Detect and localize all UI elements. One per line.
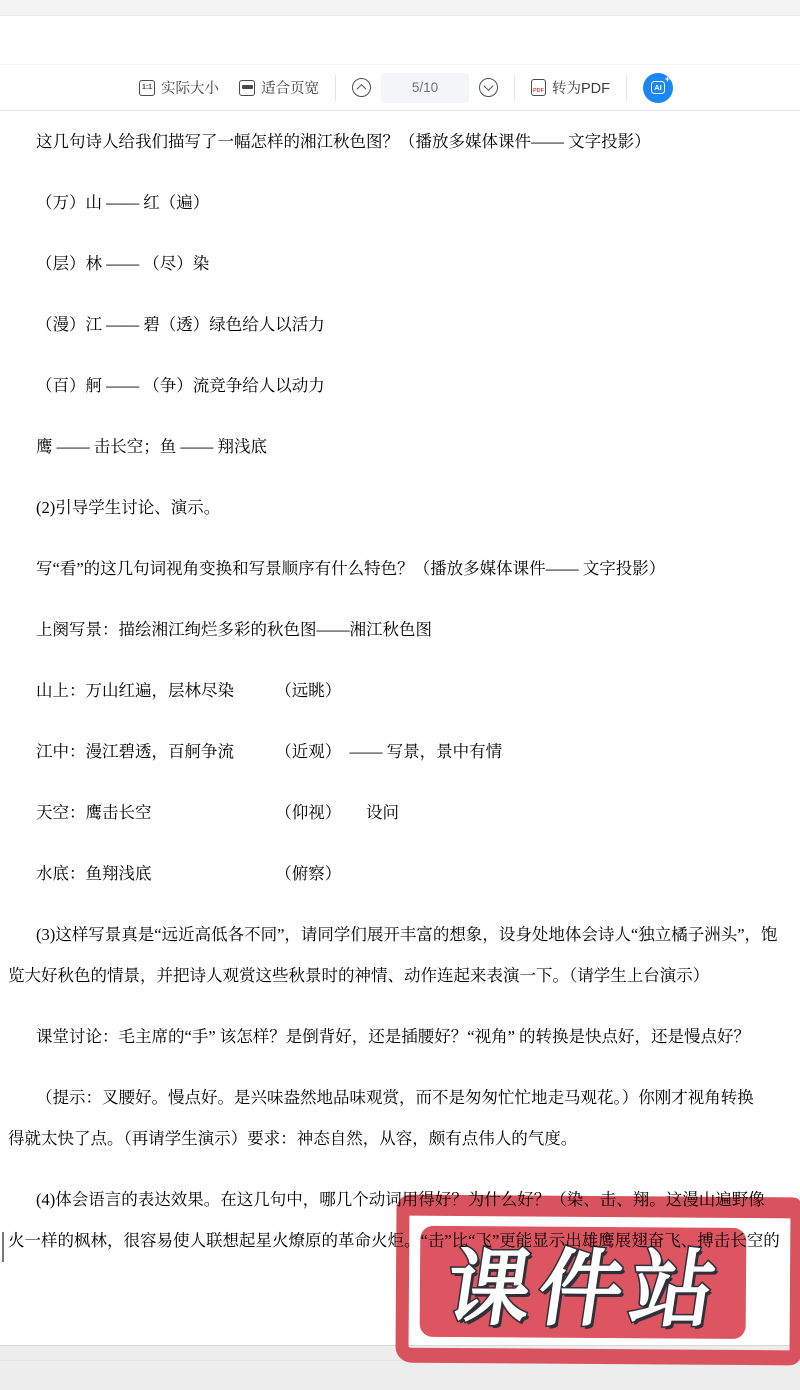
ai-icon: AI (651, 81, 665, 94)
toolbar-divider (514, 75, 515, 101)
previous-page-button[interactable] (352, 78, 371, 97)
doc-paragraph: 这几句诗人给我们描写了一幅怎样的湘江秋色图？（播放多媒体课件—— 文字投影） (8, 121, 792, 162)
doc-paragraph: (2)引导学生讨论、演示。 (8, 487, 792, 528)
doc-paragraph: 江中：漫江碧透，百舸争流 （近观） —— 写景，景中有情 (8, 731, 792, 772)
fit-width-button[interactable]: 适合页宽 (239, 77, 319, 98)
doc-line: 火一样的枫林，很容易使人联想起星火燎原的革命火炬。“击”比“飞”更能显示出雄鹰展… (8, 1220, 792, 1261)
doc-line: （万）山 —— 红（遍） (8, 182, 792, 223)
doc-line: 水底：鱼翔浅底 （俯察） (8, 853, 792, 894)
doc-line: （漫）江 —— 碧（透）绿色给人以活力 (8, 304, 792, 345)
doc-line: 课堂讨论：毛主席的“手” 该怎样？是倒背好，还是插腰好？“视角” 的转换是快点好… (8, 1016, 792, 1057)
chevron-up-icon (357, 84, 367, 94)
doc-line: 这几句诗人给我们描写了一幅怎样的湘江秋色图？（播放多媒体课件—— 文字投影） (8, 121, 792, 162)
doc-paragraph: （万）山 —— 红（遍） (8, 182, 792, 223)
doc-paragraph: 天空：鹰击长空 （仰视） 设问 (8, 792, 792, 833)
doc-paragraph: （漫）江 —— 碧（透）绿色给人以活力 (8, 304, 792, 345)
doc-paragraph: 鹰 —— 击长空；鱼 —— 翔浅底 (8, 426, 792, 467)
doc-line: 鹰 —— 击长空；鱼 —— 翔浅底 (8, 426, 792, 467)
actual-size-button[interactable]: 1:1 实际大小 (139, 77, 219, 98)
doc-line: 上阕写景：描绘湘江绚烂多彩的秋色图——湘江秋色图 (8, 609, 792, 650)
chevron-down-icon (484, 81, 494, 91)
doc-line: 山上：万山红遍，层林尽染 （远眺） (8, 670, 792, 711)
doc-line: 江中：漫江碧透，百舸争流 （近观） —— 写景，景中有情 (8, 731, 792, 772)
actual-size-icon: 1:1 (139, 80, 155, 96)
doc-line: 得就太快了点。（再请学生演示）要求：神态自然，从容，颇有点伟人的气度。 (8, 1118, 792, 1159)
doc-line: （提示：叉腰好。慢点好。是兴味盎然地品味观赏，而不是匆匆忙忙地走马观花。）你刚才… (8, 1077, 792, 1118)
doc-paragraph: （提示：叉腰好。慢点好。是兴味盎然地品味观赏，而不是匆匆忙忙地走马观花。）你刚才… (8, 1077, 792, 1159)
convert-to-pdf-label: 转为PDF (552, 77, 610, 98)
pdf-icon-label: PDF (532, 88, 545, 94)
page-indicator[interactable]: 5/10 (381, 73, 469, 103)
viewer-toolbar: 1:1 实际大小 适合页宽 5/10 PDF 转为PDF AI + (0, 64, 800, 111)
doc-line: 写“看”的这几句词视角变换和写景顺序有什么特色？（播放多媒体课件—— 文字投影） (8, 548, 792, 589)
doc-paragraph: （层）林 —— （尽）染 (8, 243, 792, 284)
doc-paragraph: (3)这样写景真是“远近高低各不同”，请同学们展开丰富的想象，设身处地体会诗人“… (8, 914, 792, 996)
ai-assistant-button[interactable]: AI + (643, 73, 673, 103)
doc-paragraph: （百）舸 —— （争）流竞争给人以动力 (8, 365, 792, 406)
toolbar-divider (626, 75, 627, 101)
doc-paragraph: 写“看”的这几句词视角变换和写景顺序有什么特色？（播放多媒体课件—— 文字投影） (8, 548, 792, 589)
doc-line: （层）林 —— （尽）染 (8, 243, 792, 284)
next-page-button[interactable] (479, 78, 498, 97)
window-top-strip (0, 0, 800, 16)
doc-line: （百）舸 —— （争）流竞争给人以动力 (8, 365, 792, 406)
doc-line: 览大好秋色的情景，并把诗人观赏这些秋景时的神情、动作连起来表演一下。（请学生上台… (8, 955, 792, 996)
toolbar-divider (335, 75, 336, 101)
doc-line: (2)引导学生讨论、演示。 (8, 487, 792, 528)
doc-paragraph: (4)体会语言的表达效果。在这几句中，哪几个动词用得好？为什么好？（染、击、翔。… (8, 1179, 792, 1261)
convert-to-pdf-button[interactable]: PDF 转为PDF (531, 77, 610, 98)
doc-paragraph: 山上：万山红遍，层林尽染 （远眺） (8, 670, 792, 711)
doc-paragraph: 水底：鱼翔浅底 （俯察） (8, 853, 792, 894)
document-text: 这几句诗人给我们描写了一幅怎样的湘江秋色图？（播放多媒体课件—— 文字投影）（万… (0, 112, 800, 1281)
pdf-file-icon: PDF (531, 79, 546, 96)
document-viewer: 1:1 实际大小 适合页宽 5/10 PDF 转为PDF AI + (0, 0, 800, 1390)
doc-line: 天空：鹰击长空 （仰视） 设问 (8, 792, 792, 833)
doc-line: (3)这样写景真是“远近高低各不同”，请同学们展开丰富的想象，设身处地体会诗人“… (8, 914, 792, 955)
ai-plus-icon: + (665, 75, 670, 84)
doc-paragraph: 课堂讨论：毛主席的“手” 该怎样？是倒背好，还是插腰好？“视角” 的转换是快点好… (8, 1016, 792, 1057)
fit-width-icon (239, 80, 255, 96)
doc-paragraph: 上阕写景：描绘湘江绚烂多彩的秋色图——湘江秋色图 (8, 609, 792, 650)
page-edge-mark (2, 1232, 4, 1262)
actual-size-label: 实际大小 (161, 77, 219, 98)
fit-width-label: 适合页宽 (261, 77, 319, 98)
doc-line: (4)体会语言的表达效果。在这几句中，哪几个动词用得好？为什么好？（染、击、翔。… (8, 1179, 792, 1220)
